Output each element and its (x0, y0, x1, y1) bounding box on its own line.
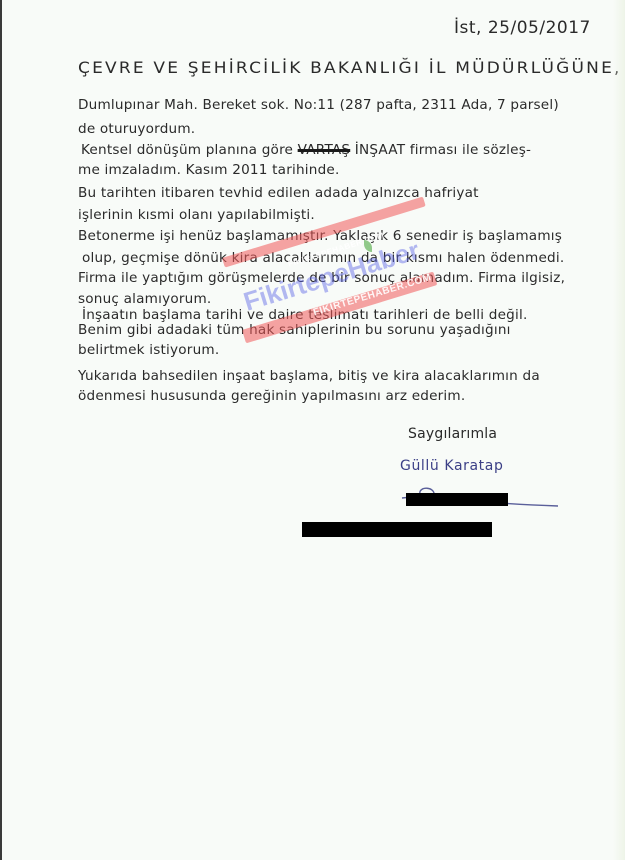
body-line: İnşaatın başlama tarihi ve daire teslima… (82, 307, 527, 323)
body-line: Dumlupınar Mah. Bereket sok. No:11 (287 … (78, 97, 559, 113)
redacted-phone-number (302, 522, 492, 537)
letter-closing: Saygılarımla (408, 426, 497, 442)
body-line: de oturuyordum. (78, 121, 195, 137)
body-line: işlerinin kısmi olanı yapılabilmişti. (78, 207, 315, 223)
struck-out-word: VARTAŞ (298, 142, 351, 158)
body-line: Firma ile yaptığım görüşmelerde de bir s… (78, 270, 565, 286)
body-line: belirtmek istiyorum. (78, 342, 219, 358)
redacted-signature (406, 493, 508, 506)
body-line: Betonerme işi henüz başlamamıştır. Yakla… (78, 228, 562, 244)
letter-addressee: ÇEVRE VE ŞEHİRCİLİK BAKANLIĞI İL MÜDÜRLÜ… (78, 59, 622, 78)
body-line: Kentsel dönüşüm planına göre VARTAŞ İNŞA… (81, 142, 531, 158)
signature-name: Güllü Karatap (400, 458, 503, 474)
body-line: Bu tarihten itibaren tevhid edilen adada… (78, 185, 479, 201)
body-line: olup, geçmişe dönük kira alacaklarımın d… (82, 250, 564, 266)
body-line: me imzaladım. Kasım 2011 tarihinde. (78, 162, 340, 178)
body-line: Benim gibi adadaki tüm hak sahiplerinin … (78, 322, 511, 338)
body-line: ödenmesi hususunda gereğinin yapılmasını… (78, 388, 465, 404)
body-line: sonuç alamıyorum. (78, 291, 211, 307)
scanned-letter: İst, 25/05/2017 ÇEVRE VE ŞEHİRCİLİK BAKA… (0, 0, 625, 860)
body-line: Yukarıda bahsedilen inşaat başlama, biti… (78, 368, 540, 384)
body-line-part: Kentsel dönüşüm planına göre (81, 142, 298, 158)
body-line-part: İNŞAAT firması ile sözleş- (350, 142, 531, 158)
letter-date: İst, 25/05/2017 (454, 18, 591, 38)
